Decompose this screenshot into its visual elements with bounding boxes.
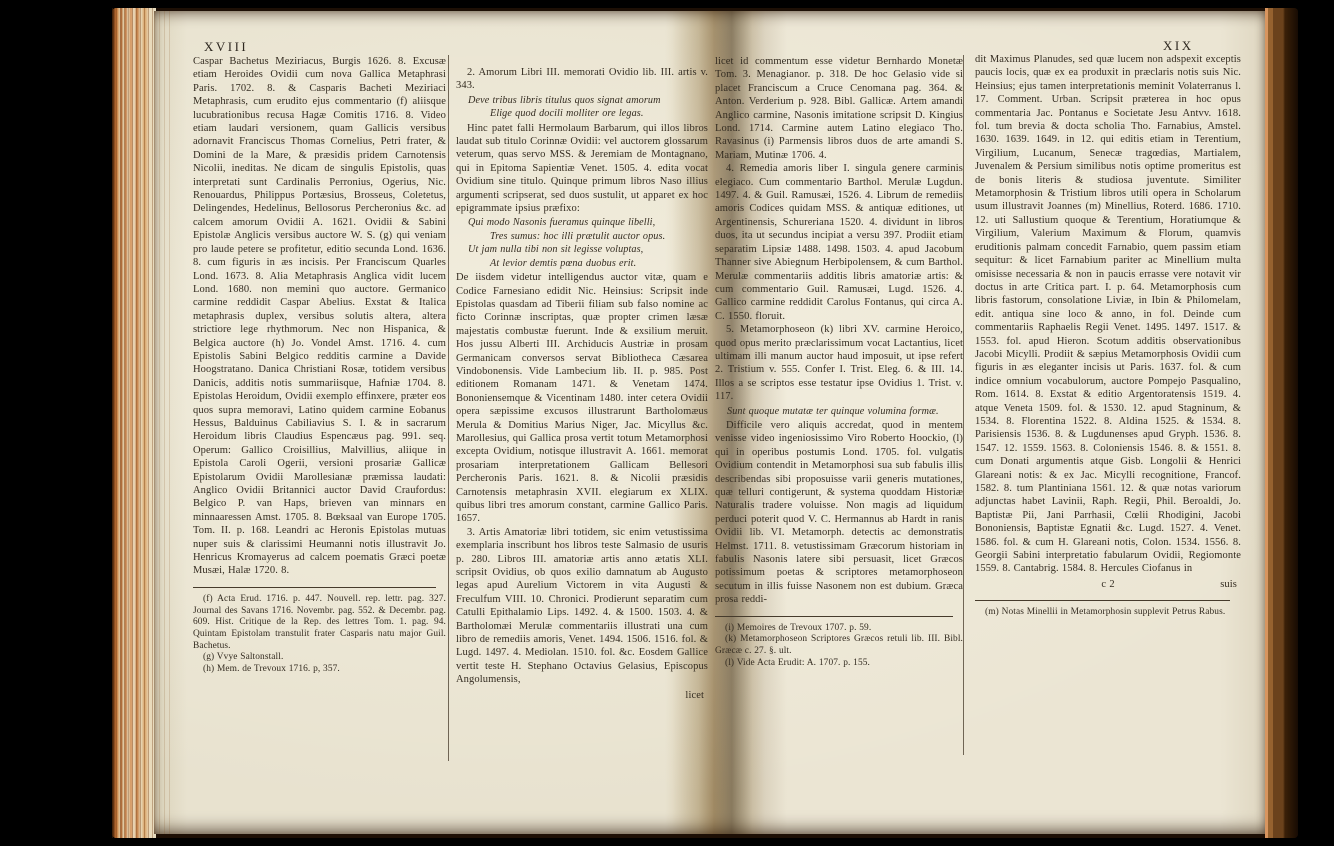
column-divider-rule-left-page <box>448 55 449 761</box>
text-paragraph: 5. Metamorphoseon (k) libri XV. carmine … <box>715 323 963 403</box>
catchword: suis <box>1220 578 1237 591</box>
text-paragraph: licet id commentum esse videtur Bernhard… <box>715 55 963 162</box>
text-paragraph: 4. Remedia amoris liber I. singula gener… <box>715 162 963 323</box>
footnote: (g) Vvye Saltonstall. <box>193 652 446 664</box>
catchword-row: c 2suis <box>975 578 1241 591</box>
footnote: (l) Vide Acta Erudit: A. 1707. p. 155. <box>715 658 963 670</box>
text-paragraph: 2. Amorum Libri III. memorati Ovidio lib… <box>456 66 708 93</box>
open-book: XVIII Caspar Bachetus Meziriacus, Burgis… <box>112 8 1298 838</box>
verse-quote: Sunt quoque mutatæ ter quinque volumina … <box>727 405 963 418</box>
footnote: (i) Memoires de Trevoux 1707. p. 59. <box>715 623 963 635</box>
footnote: (m) Notas Minellii in Metamorphosin supp… <box>975 607 1241 619</box>
catchword-row: licet <box>456 689 708 702</box>
book-cover-right <box>1265 8 1298 838</box>
verse-line: Qui modo Nasonis fueramus quinque libell… <box>468 216 708 229</box>
text-paragraph: 3. Artis Amatoriæ libri totidem, sic eni… <box>456 526 708 687</box>
verse-quote: Deve tribus libris titulus quos signat a… <box>468 94 708 121</box>
photo-scene: XVIII Caspar Bachetus Meziriacus, Burgis… <box>0 0 1334 846</box>
verse-line: Ut jam nulla tibi non sit legisse volupt… <box>468 243 708 256</box>
verse-line: Sunt quoque mutatæ ter quinque volumina … <box>727 405 963 418</box>
signature-mark: c 2 <box>975 578 1241 591</box>
page-number-right: XIX <box>1163 38 1194 54</box>
footnote-separator <box>975 600 1230 601</box>
right-page-column-2: dit Maximus Planudes, sed quæ lucem non … <box>975 53 1241 619</box>
page-number-left: XVIII <box>204 39 248 55</box>
verse-line: At levior demtis pœna duobus erit. <box>490 257 708 270</box>
text-paragraph: De iisdem videtur intelligendus auctor v… <box>456 271 708 526</box>
footnote-separator <box>715 616 953 617</box>
footnote-separator <box>193 587 436 588</box>
verse-quote: Qui modo Nasonis fueramus quinque libell… <box>468 216 708 270</box>
footnote: (h) Mem. de Trevoux 1716. p, 357. <box>193 664 446 676</box>
page-stack-fore-edge <box>112 8 156 838</box>
verse-line: Elige quod docili molliter ore legas. <box>490 107 708 120</box>
verse-line: Deve tribus libris titulus quos signat a… <box>468 94 708 107</box>
footnote: (f) Acta Erud. 1716. p. 447. Nouvell. re… <box>193 594 446 653</box>
catchword: licet <box>685 689 704 702</box>
right-page-column-1: licet id commentum esse videtur Bernhard… <box>715 55 963 669</box>
text-paragraph: Difficile vero aliquis accredat, quod in… <box>715 419 963 607</box>
left-page-column-2: 2. Amorum Libri III. memorati Ovidio lib… <box>456 66 708 702</box>
text-paragraph: dit Maximus Planudes, sed quæ lucem non … <box>975 53 1241 576</box>
text-paragraph: Caspar Bachetus Meziriacus, Burgis 1626.… <box>193 55 446 578</box>
footnote: (k) Metamorphoseon Scriptores Græcos ret… <box>715 634 963 657</box>
text-paragraph: Hinc patet falli Hermolaum Barbarum, qui… <box>456 122 708 216</box>
column-divider-rule-right-page <box>963 55 964 755</box>
verse-line: Tres sumus: hoc illi prætulit auctor opu… <box>490 230 708 243</box>
left-page-column-1: Caspar Bachetus Meziriacus, Burgis 1626.… <box>193 55 446 676</box>
